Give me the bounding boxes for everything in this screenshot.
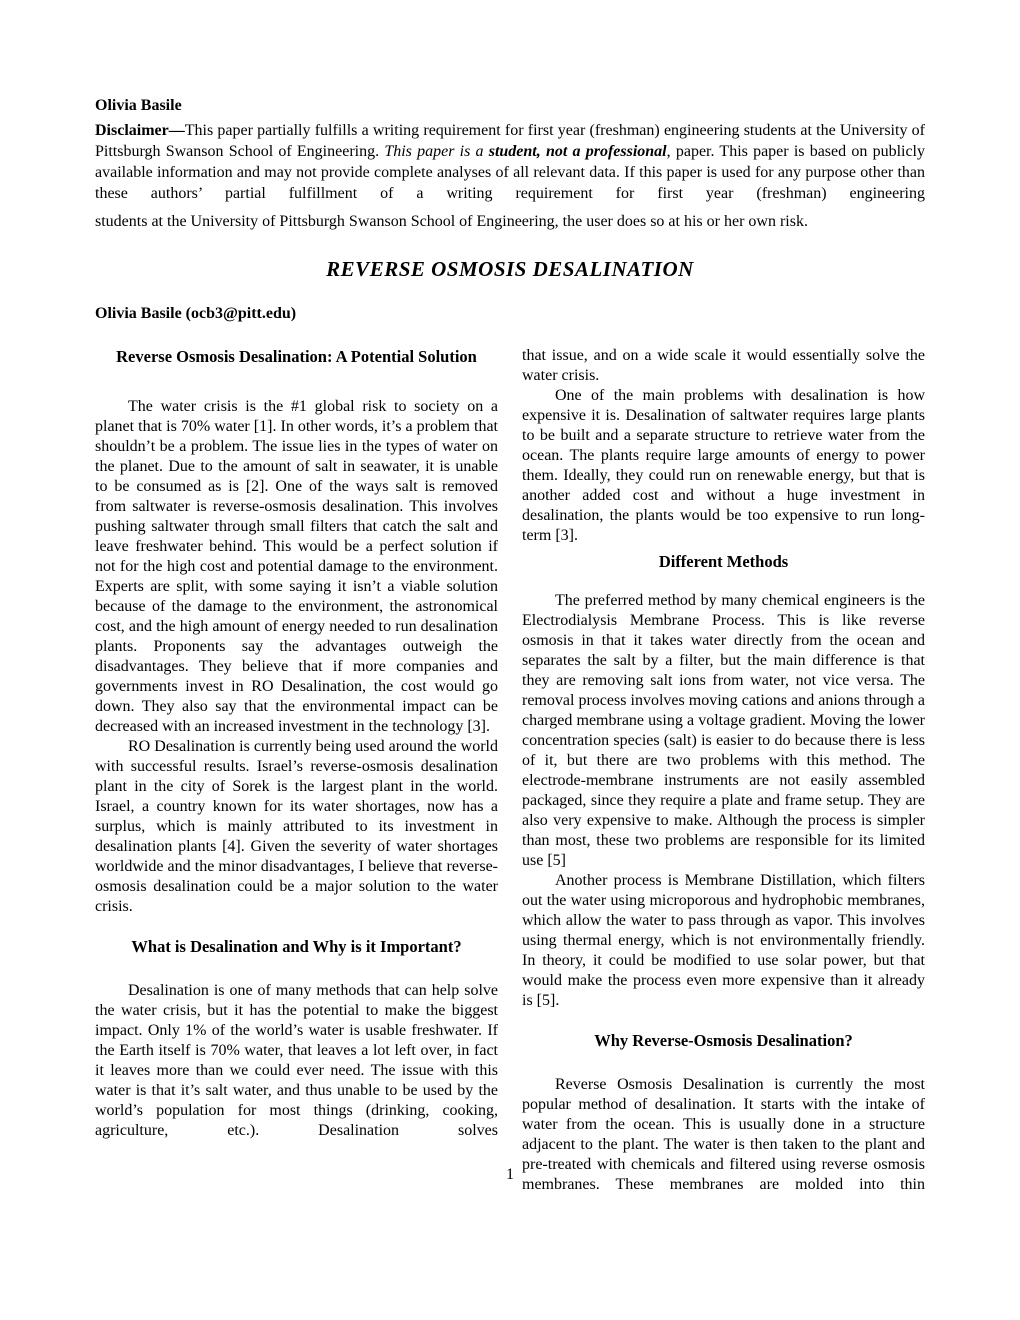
body-paragraph: The preferred method by many chemical en… <box>522 591 925 871</box>
left-column: Reverse Osmosis Desalination: A Potentia… <box>95 346 498 1195</box>
body-paragraph: One of the main problems with desalinati… <box>522 386 925 546</box>
page-content: Olivia Basile Disclaimer—This paper part… <box>95 95 925 1195</box>
document-page: Olivia Basile Disclaimer—This paper part… <box>0 0 1020 1320</box>
paper-title: REVERSE OSMOSIS DESALINATION <box>95 256 925 282</box>
byline: Olivia Basile (ocb3@pitt.edu) <box>95 303 925 324</box>
disclaimer-paragraph: Disclaimer—This paper partially fulfills… <box>95 120 925 204</box>
disclaimer-italic-intro: This paper is a <box>384 143 488 160</box>
page-number: 1 <box>0 1165 1020 1185</box>
section-heading-what-is-desalination: What is Desalination and Why is it Impor… <box>95 936 498 957</box>
author-header: Olivia Basile <box>95 95 925 116</box>
section-heading-potential-solution: Reverse Osmosis Desalination: A Potentia… <box>95 346 498 367</box>
body-paragraph: Another process is Membrane Distillation… <box>522 871 925 1011</box>
two-column-body: Reverse Osmosis Desalination: A Potentia… <box>95 346 925 1195</box>
section-heading-different-methods: Different Methods <box>522 551 925 572</box>
disclaimer-label: Disclaimer— <box>95 122 185 139</box>
body-paragraph: The water crisis is the #1 global risk t… <box>95 397 498 737</box>
section-heading-why-ro: Why Reverse-Osmosis Desalination? <box>522 1030 925 1051</box>
disclaimer-last-line: students at the University of Pittsburgh… <box>95 211 925 232</box>
right-column: that issue, and on a wide scale it would… <box>522 346 925 1195</box>
body-paragraph: Desalination is one of many methods that… <box>95 981 498 1141</box>
body-paragraph: RO Desalination is currently being used … <box>95 737 498 917</box>
continuation-paragraph: that issue, and on a wide scale it would… <box>522 346 925 386</box>
disclaimer-bold-italic: student, not a professional <box>489 143 667 160</box>
